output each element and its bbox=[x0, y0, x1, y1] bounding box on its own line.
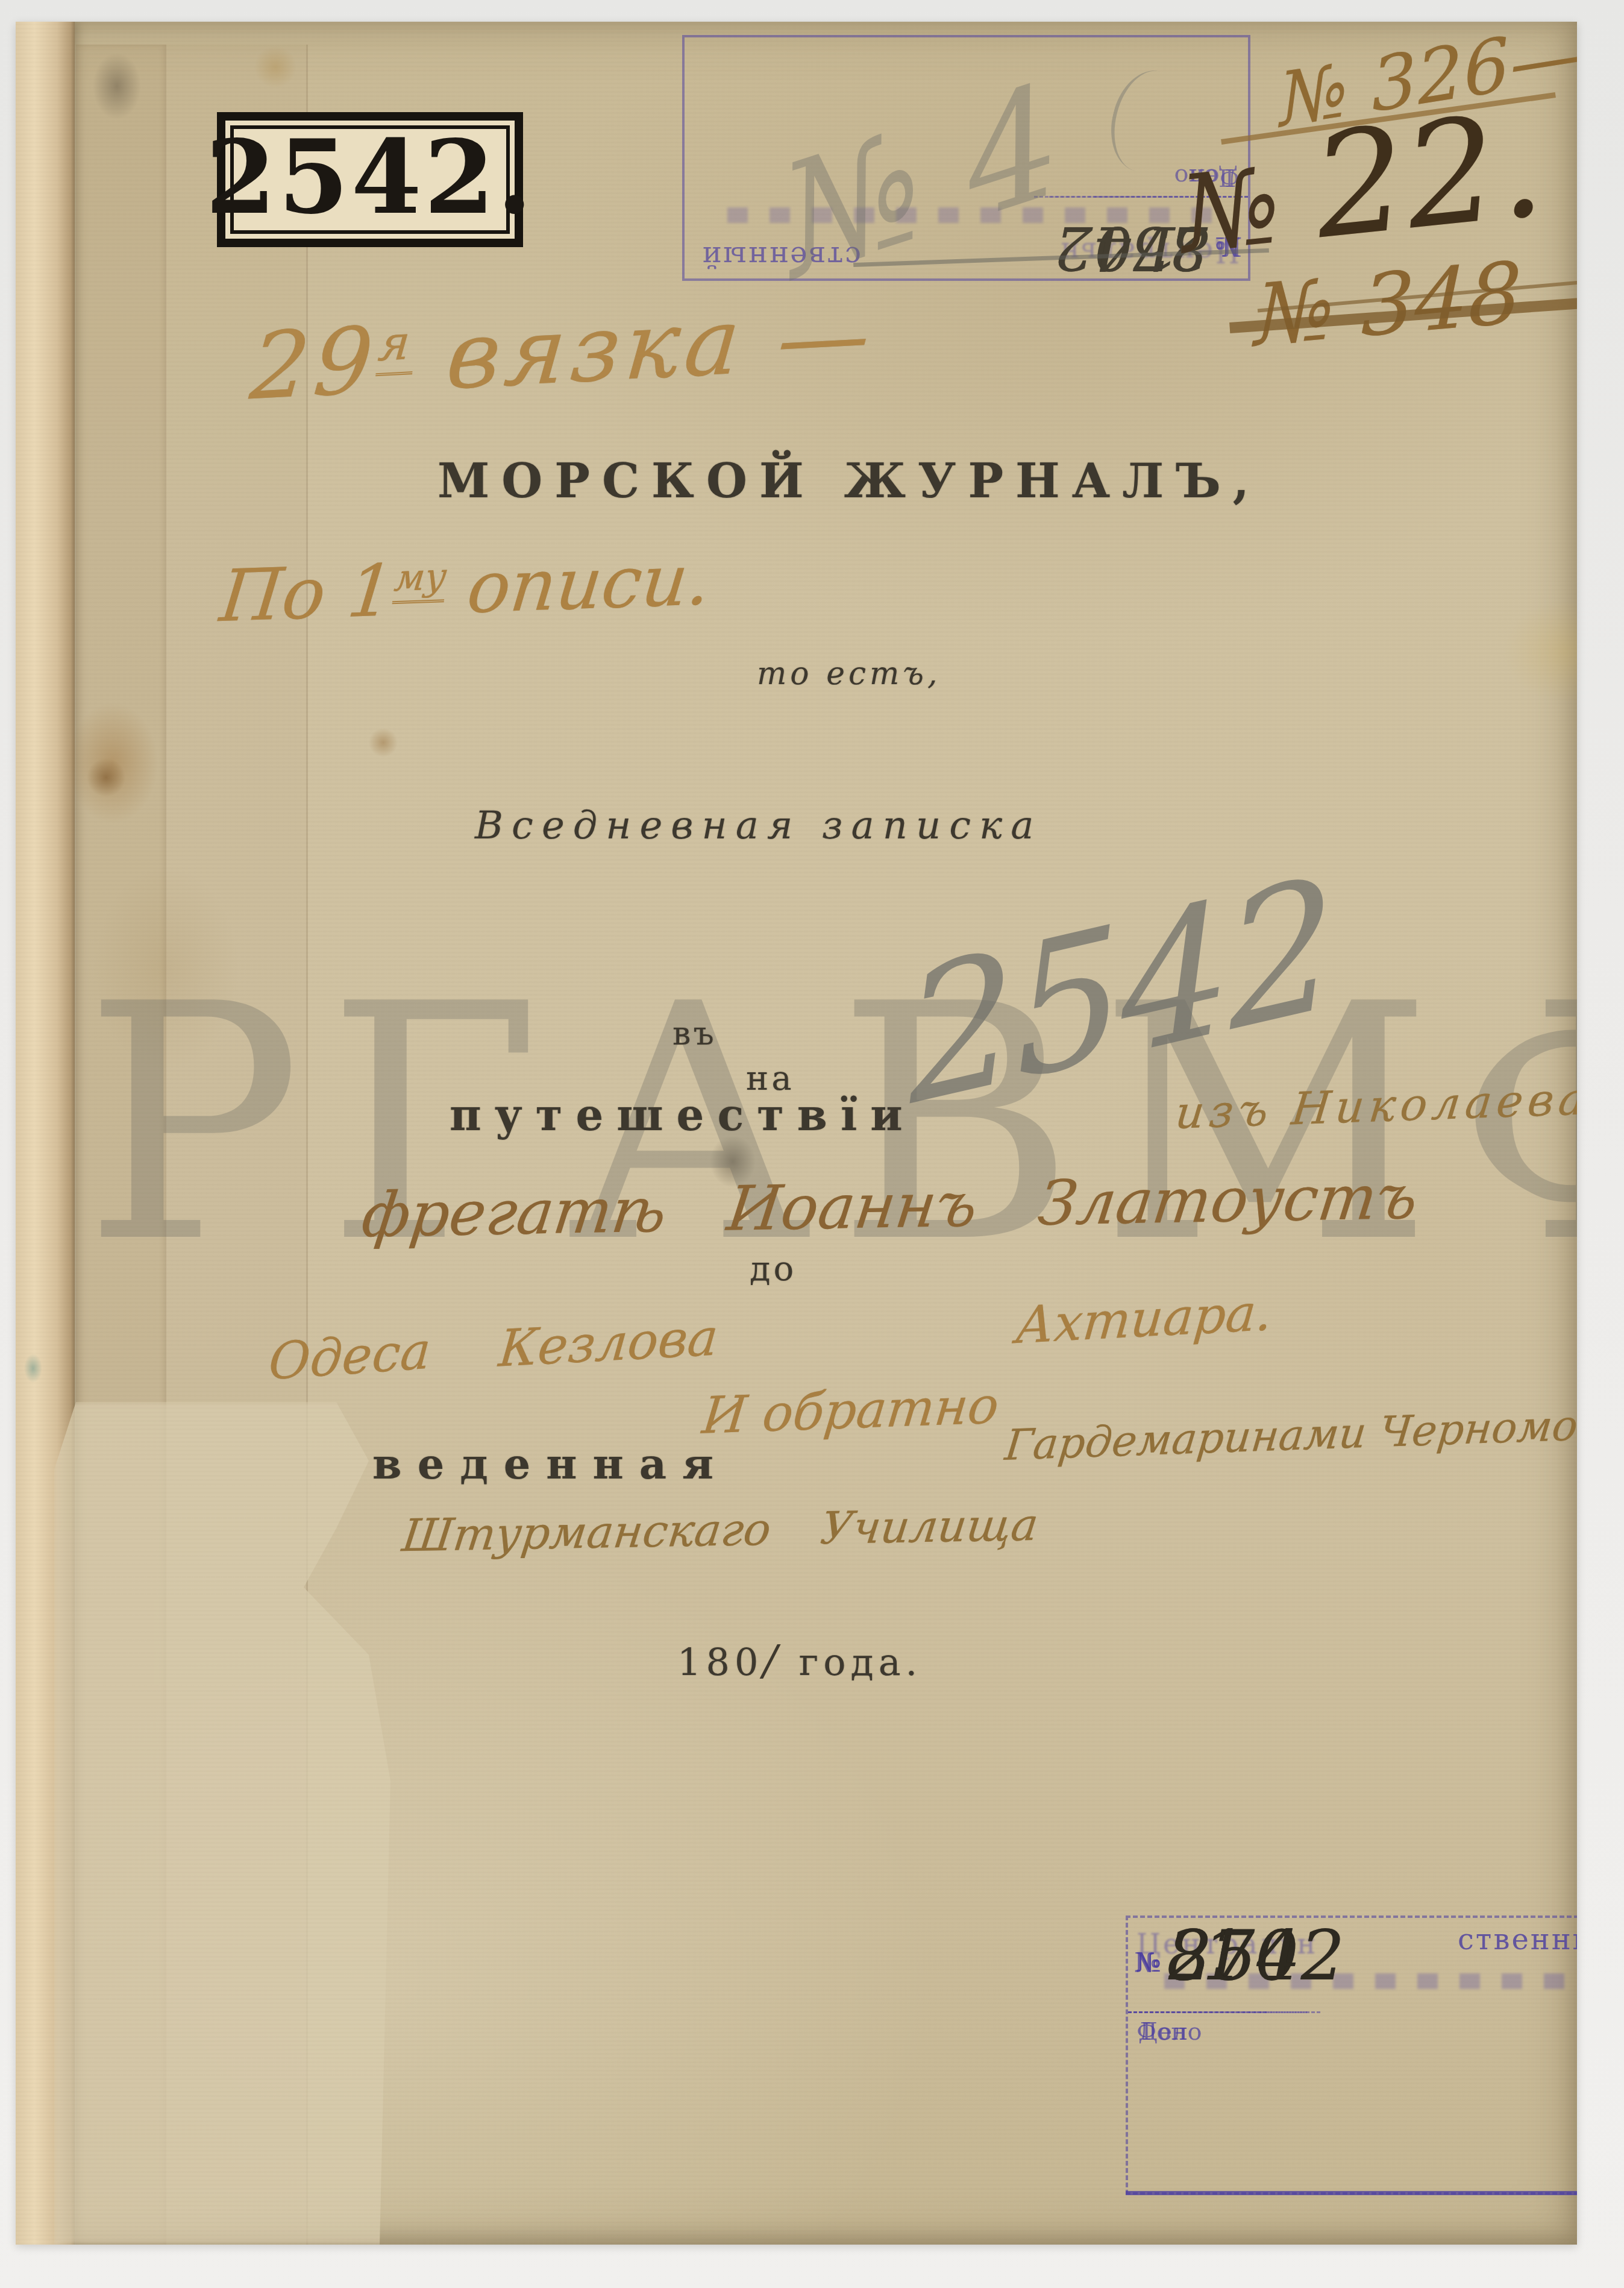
route-akhtiar: Ахтиара. bbox=[1014, 1287, 1274, 1351]
word-to: до bbox=[750, 1252, 797, 1286]
stamp-field-delo: Дело № 2542 bbox=[1128, 2011, 1307, 2013]
current-number-value: 22. bbox=[1306, 81, 1550, 271]
opis-rest: описи. bbox=[441, 538, 715, 630]
year-slash-handwritten: / bbox=[763, 1636, 782, 1685]
route-kezlov: Кезлова bbox=[497, 1312, 720, 1374]
bundle-note: 29я вязка — bbox=[247, 288, 879, 413]
old-number-348: № 348 bbox=[1255, 251, 1523, 359]
opis-note: По 1му описи. bbox=[217, 544, 714, 632]
kept-by-note: Гардемаринами Черноморскаго bbox=[1003, 1399, 1577, 1466]
year-word: года. bbox=[782, 1640, 922, 1684]
year-number: 180 bbox=[677, 1640, 763, 1684]
route-return-note: И обратно bbox=[700, 1380, 1002, 1441]
yellow-stain bbox=[1504, 600, 1577, 703]
stamp-header-right: ственный bbox=[1458, 1923, 1577, 1956]
from-nikolaev-note: изъ Николаева bbox=[1173, 1076, 1577, 1136]
bundle-word: вязка — bbox=[409, 280, 879, 412]
numero-icon: № bbox=[1174, 145, 1287, 277]
word-kept: веденная bbox=[372, 1443, 729, 1485]
opis-prefix: По 1 bbox=[216, 548, 398, 638]
route-odessa: Одеса bbox=[267, 1325, 432, 1387]
archive-stamp-bottom: Центральн ственный Фон № 870 № 1 Дело № … bbox=[1126, 1916, 1577, 2195]
bundle-ordinal-sup: я bbox=[376, 315, 418, 377]
subtitle-daily-note: Вседневная записка bbox=[475, 806, 1042, 845]
plate-number: 2542. bbox=[205, 118, 535, 237]
ink-dot bbox=[369, 728, 398, 757]
word-in: въ bbox=[672, 1017, 716, 1050]
opis-sup: му bbox=[392, 555, 449, 604]
numero-icon: № bbox=[1136, 1947, 1161, 1978]
school-note: Штурманскаго Училища bbox=[400, 1503, 1041, 1559]
that-is-line: то естъ, bbox=[757, 658, 941, 690]
delo-label: Дело bbox=[1138, 2018, 1202, 2046]
bundle-number: 29 bbox=[246, 307, 382, 421]
document-page: РГАВМФ 2542. Центральн ственный Фон № 87… bbox=[16, 22, 1577, 2245]
ship-name-note: фрегатѣ Иоаннъ Златоустъ bbox=[359, 1167, 1422, 1247]
journal-title: МОРСКОЙ ЖУРНАЛЪ, bbox=[437, 458, 1261, 505]
scanned-archival-title-page: { "watermark": "РГАВМФ", "plate": { "num… bbox=[0, 0, 1624, 2288]
year-line: 180/ года. bbox=[677, 1639, 922, 1682]
word-voyage: путешествїи bbox=[450, 1093, 916, 1137]
delo-value: 2542 bbox=[1168, 1916, 1345, 1996]
inventory-number-plate: 2542. bbox=[217, 112, 523, 247]
